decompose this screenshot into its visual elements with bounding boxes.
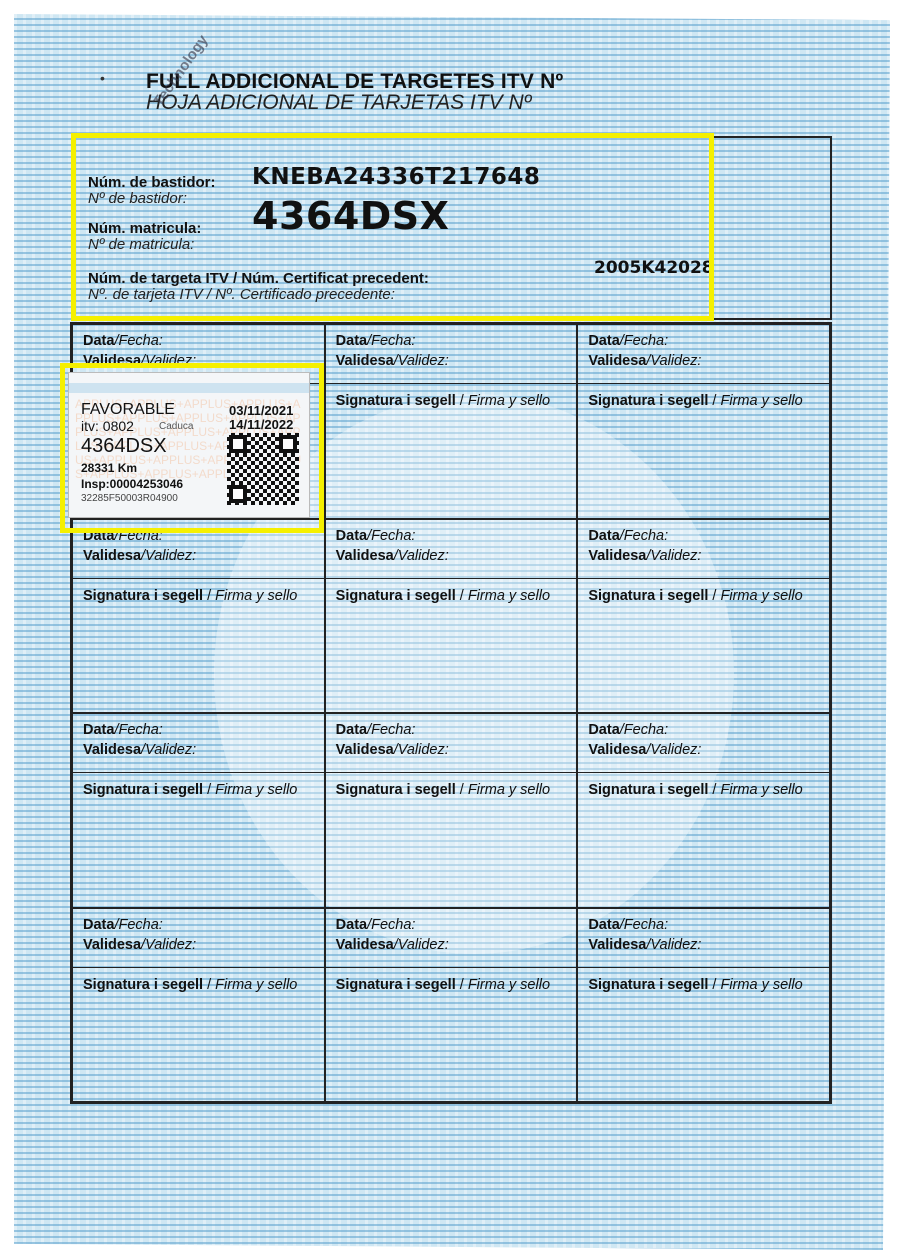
validity-label: Validesa/Validez: <box>83 353 196 369</box>
divider <box>326 772 577 773</box>
date-label: Data/Fecha: <box>588 333 668 349</box>
date-label: Data/Fecha: <box>336 528 416 544</box>
date-label: Data/Fecha: <box>588 528 668 544</box>
validity-label: Validesa/Validez: <box>588 353 701 369</box>
inspection-result: FAVORABLE <box>81 401 175 419</box>
validity-label: Validesa/Validez: <box>83 937 196 953</box>
divider <box>73 967 324 968</box>
validity-label: Validesa/Validez: <box>83 742 196 758</box>
inspection-cell: Data/Fecha:Validesa/Validez:Signatura i … <box>577 713 830 908</box>
expires-label: Caduca <box>159 421 193 432</box>
vin-label-es: Nº de bastidor: <box>88 190 187 207</box>
divider <box>326 578 577 579</box>
divider <box>578 772 829 773</box>
signature-label: Signatura i segell / Firma y sello <box>588 588 802 604</box>
plate-value: 4364DSX <box>252 194 449 238</box>
validity-label: Validesa/Validez: <box>83 548 196 564</box>
validity-label: Validesa/Validez: <box>336 548 449 564</box>
itv-sticker: APPLUS+APPLUS+APPLUS+APPLUS+APPLUS+APPLU… <box>68 372 310 518</box>
plate-label-es: Nº de matricula: <box>88 236 194 253</box>
signature-label: Signatura i segell / Firma y sello <box>588 782 802 798</box>
date-label: Data/Fecha: <box>588 917 668 933</box>
divider <box>578 578 829 579</box>
bullet-mark: • <box>100 70 105 86</box>
validity-label: Validesa/Validez: <box>588 548 701 564</box>
inspection-cell: Data/Fecha:Validesa/Validez:Signatura i … <box>577 519 830 714</box>
sticker-code: 32285F50003R04900 <box>81 493 178 504</box>
odometer: 28331 Km <box>81 461 137 475</box>
signature-label: Signatura i segell / Firma y sello <box>83 588 297 604</box>
date-label: Data/Fecha: <box>83 917 163 933</box>
divider <box>578 383 829 384</box>
inspection-cell: Data/Fecha:Validesa/Validez:Signatura i … <box>577 908 830 1103</box>
itv-station: itv: 0802 <box>81 418 134 434</box>
date-label: Data/Fecha: <box>588 722 668 738</box>
inspection-cell: Data/Fecha:Validesa/Validez:Signatura i … <box>325 908 578 1103</box>
signature-label: Signatura i segell / Firma y sello <box>588 977 802 993</box>
signature-label: Signatura i segell / Firma y sello <box>83 977 297 993</box>
divider <box>326 383 577 384</box>
vin-label-ca: Núm. de bastidor: <box>88 174 216 191</box>
date-expires: 14/11/2022 <box>229 417 293 432</box>
validity-label: Validesa/Validez: <box>588 937 701 953</box>
validity-label: Validesa/Validez: <box>336 353 449 369</box>
card-label-ca: Núm. de targeta ITV / Núm. Certificat pr… <box>88 270 429 287</box>
signature-label: Signatura i segell / Firma y sello <box>83 782 297 798</box>
signature-label: Signatura i segell / Firma y sello <box>336 588 550 604</box>
inspection-cell: Data/Fecha:Validesa/Validez:Signatura i … <box>72 908 325 1103</box>
inspection-cell: Data/Fecha:Validesa/Validez:Signatura i … <box>72 713 325 908</box>
date-issued: 03/11/2021 <box>229 403 293 418</box>
qr-code-icon <box>227 433 299 505</box>
signature-label: Signatura i segell / Firma y sello <box>336 977 550 993</box>
signature-label: Signatura i segell / Firma y sello <box>336 782 550 798</box>
sticker-stripe <box>69 383 309 393</box>
title-spanish: HOJA ADICIONAL DE TARJETAS ITV Nº <box>146 91 531 115</box>
validity-label: Validesa/Validez: <box>588 742 701 758</box>
date-label: Data/Fecha: <box>336 722 416 738</box>
date-label: Data/Fecha: <box>83 722 163 738</box>
inspection-cell: Data/Fecha:Validesa/Validez:Signatura i … <box>577 324 830 519</box>
signature-label: Signatura i segell / Firma y sello <box>336 393 550 409</box>
card-label-es: Nº. de tarjeta ITV / Nº. Certificado pre… <box>88 286 395 303</box>
inspection-cell: Data/Fecha:Validesa/Validez:Signatura i … <box>325 324 578 519</box>
validity-label: Validesa/Validez: <box>336 742 449 758</box>
date-label: Data/Fecha: <box>83 528 163 544</box>
sticker-plate: 4364DSX <box>81 435 167 458</box>
inspection-cell: Data/Fecha:Validesa/Validez:Signatura i … <box>325 713 578 908</box>
inspection-number: Insp:00004253046 <box>81 477 183 491</box>
validity-label: Validesa/Validez: <box>336 937 449 953</box>
date-label: Data/Fecha: <box>336 333 416 349</box>
date-label: Data/Fecha: <box>83 333 163 349</box>
plate-label-ca: Núm. matricula: <box>88 220 201 237</box>
signature-label: Signatura i segell / Firma y sello <box>588 393 802 409</box>
inspection-cell: Data/Fecha:Validesa/Validez:Signatura i … <box>325 519 578 714</box>
vin-value: KNEBA24336T217648 <box>252 164 540 190</box>
divider <box>73 578 324 579</box>
card-value: 2005K42028 <box>594 258 714 278</box>
inspection-cell: Data/Fecha:Validesa/Validez:Signatura i … <box>72 519 325 714</box>
divider <box>578 967 829 968</box>
divider <box>326 967 577 968</box>
date-label: Data/Fecha: <box>336 917 416 933</box>
divider <box>73 772 324 773</box>
